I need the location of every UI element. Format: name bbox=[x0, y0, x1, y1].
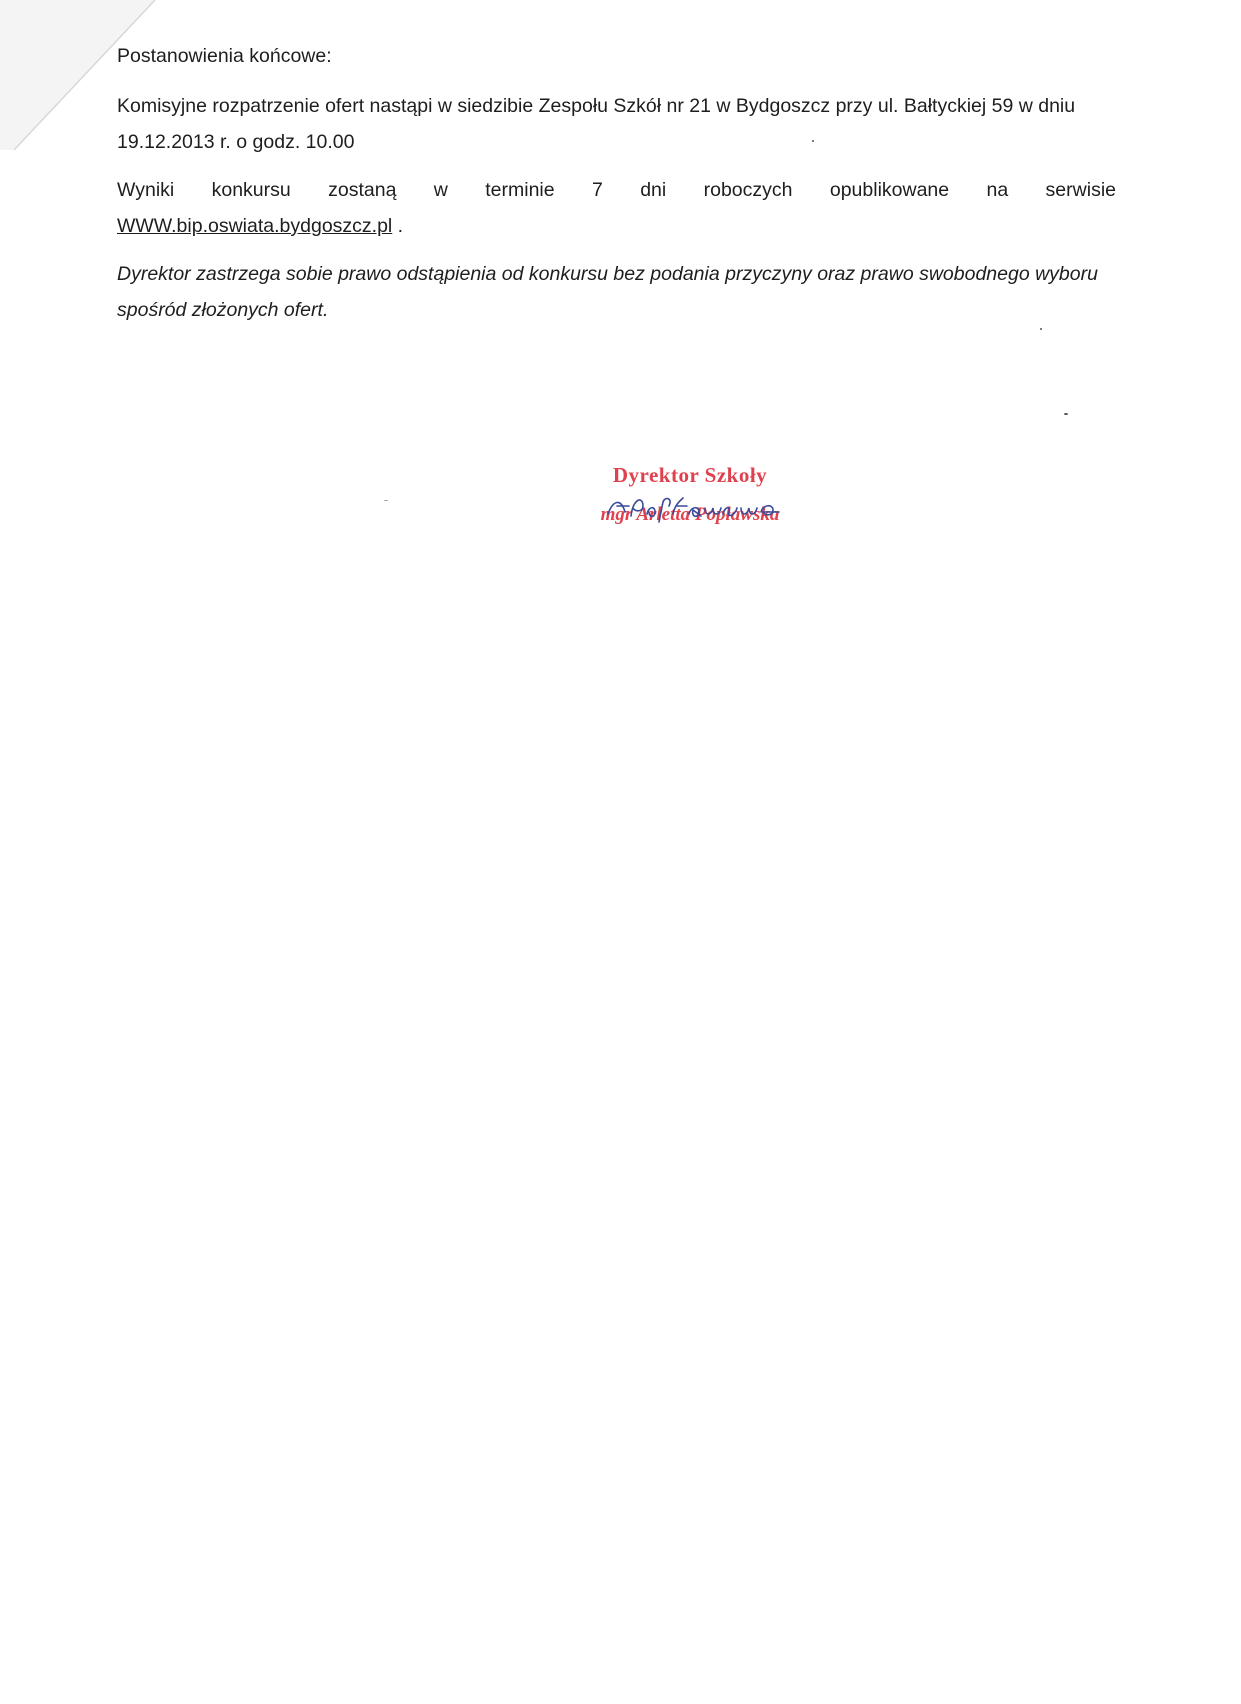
stamp-title: Dyrektor Szkoły bbox=[560, 463, 820, 488]
paragraph-commission: Komisyjne rozpatrzenie ofert nastąpi w s… bbox=[117, 88, 1116, 160]
results-tail: . bbox=[392, 215, 403, 237]
section-heading: Postanowienia końcowe: bbox=[117, 38, 1116, 74]
scan-speck bbox=[1064, 413, 1068, 415]
scan-speck bbox=[812, 140, 814, 142]
handwritten-signature bbox=[603, 492, 783, 524]
paragraph-results: Wyniki konkursu zostaną w terminie 7 dni… bbox=[117, 172, 1116, 244]
results-text: Wyniki konkursu zostaną w terminie 7 dni… bbox=[117, 172, 1116, 208]
bip-website-link[interactable]: WWW.bip.oswiata.bydgoszcz.pl bbox=[117, 215, 392, 237]
scan-speck bbox=[1040, 328, 1042, 330]
paragraph-director-reservation: Dyrektor zastrzega sobie prawo odstąpien… bbox=[117, 256, 1116, 328]
scan-speck bbox=[384, 500, 388, 501]
